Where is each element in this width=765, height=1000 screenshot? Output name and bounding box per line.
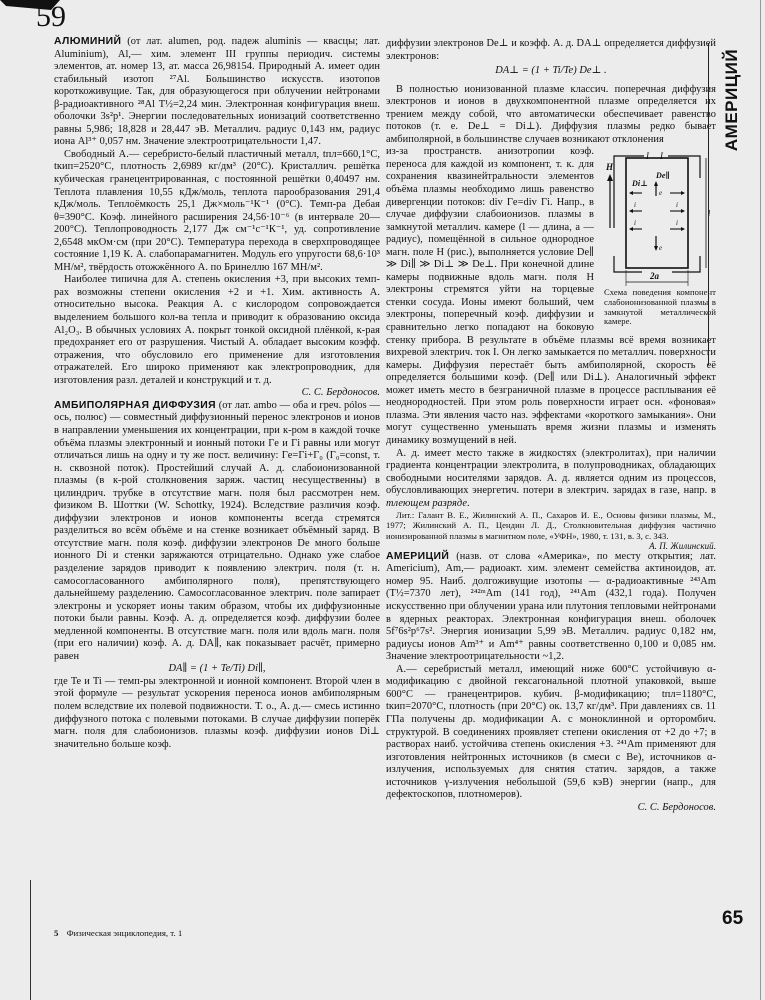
formula-da-parallel: DA∥ = (1 + Te/Ti) Di∥, (54, 663, 380, 676)
author-signature: С. С. Бердоносов. (54, 387, 380, 400)
article-aluminium-properties: Свободный А.— серебристо-белый пластичны… (54, 149, 380, 274)
plasma-chamber-diagram: H I I De∥ Di⊥ e e i i i i l (604, 148, 716, 288)
svg-text:i: i (634, 219, 636, 227)
right-column: диффузии электронов De⊥ и коэфф. А. д. D… (386, 38, 716, 814)
running-head: АМЕРИЦИЙ (712, 22, 742, 202)
headword-aluminium: АЛЮМИНИЙ (54, 36, 121, 47)
svg-text:2a: 2a (649, 271, 660, 281)
formula-da-perp: DA⊥ = (1 + Ti/Te) De⊥ . (386, 65, 716, 78)
printer-signature: 5 (54, 928, 58, 938)
svg-text:Di⊥: Di⊥ (631, 179, 648, 188)
svg-text:e: e (659, 244, 662, 252)
page-number: 65 (722, 908, 743, 930)
ambipolar-perp-intro: диффузии электронов De⊥ и коэфф. А. д. D… (386, 38, 716, 63)
article-americium-properties: А.— серебристый металл, имеющий ниже 600… (386, 664, 716, 802)
svg-text:i: i (634, 201, 636, 209)
article-ambipolar-continued: где Te и Ti — темп-ры электронной и ионн… (54, 676, 380, 751)
left-column: АЛЮМИНИЙ (от лат. alumen, род. падеж alu… (54, 36, 380, 751)
scan-number: 59 (36, 0, 66, 34)
ambipolar-other-media: А. д. имеет место также в жидкостях (эле… (386, 448, 716, 511)
page-edge (760, 0, 761, 1000)
figure-caption: Схема поведения компонент слабоионизован… (604, 288, 716, 326)
ambipolar-ionized-plasma: В полностью ионизованной плазме классич.… (386, 84, 716, 147)
running-head-rule (708, 43, 709, 365)
svg-text:i: i (676, 219, 678, 227)
article-aluminium-intro: АЛЮМИНИЙ (от лат. alumen, род. падеж alu… (54, 36, 380, 149)
page-footer: 5 Физическая энциклопедия, т. 1 (54, 928, 182, 938)
headword-americium: АМЕРИЦИЙ (386, 551, 449, 562)
svg-text:De∥: De∥ (655, 171, 670, 180)
article-ambipolar-intro: АМБИПОЛЯРНАЯ ДИФФУЗИЯ (от лат. ambo — об… (54, 400, 380, 663)
running-head-text: АМЕРИЦИЙ (722, 30, 742, 170)
svg-text:I: I (659, 151, 664, 161)
author-signature: С. С. Бердоносов. (386, 802, 716, 815)
footer-title: Физическая энциклопедия, т. 1 (67, 928, 183, 938)
author-signature: А. П. Жилинский. (386, 541, 716, 551)
label-H: H (605, 162, 614, 172)
figure-plasma-chamber: H I I De∥ Di⊥ e e i i i i l (604, 148, 716, 326)
link-glow-discharge[interactable]: тлеющем разряде (386, 498, 467, 509)
svg-text:e: e (659, 189, 662, 197)
literature-references: Лит.: Галант В. Е., Жилинский А. П., Сах… (386, 510, 716, 541)
article-aluminium-chemistry: Наиболее типична для А. степень окислени… (54, 274, 380, 387)
svg-text:i: i (676, 201, 678, 209)
svg-text:I: I (645, 151, 650, 161)
headword-ambipolar-diffusion: АМБИПОЛЯРНАЯ ДИФФУЗИЯ (54, 400, 216, 411)
article-americium-intro: АМЕРИЦИЙ (назв. от слова «Америка», по м… (386, 551, 716, 664)
binding-edge (30, 880, 31, 1000)
